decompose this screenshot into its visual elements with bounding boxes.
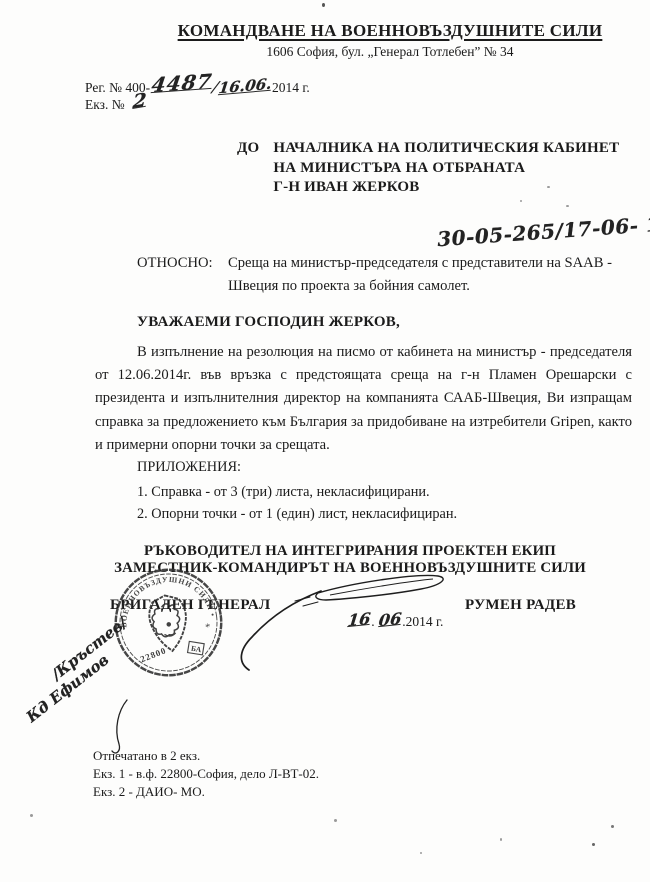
copy-number-handwritten: 2: [132, 94, 147, 109]
addressee-block: ДО НАЧАЛНИКА НА ПОЛИТИЧЕСКИЯ КАБИНЕТ НА …: [237, 139, 619, 198]
header-address: 1606 София, бул. „Генерал Тотлебен” № 34: [80, 44, 650, 60]
copy-prefix: Екз. №: [85, 97, 125, 112]
page-title: КОМАНДВАНЕ НА ВОЕННОВЪЗДУШНИТЕ СИЛИ: [80, 21, 650, 41]
date-month-handwritten: 06: [378, 613, 402, 627]
handwritten-reference-number: 30-05-265/17-06- 14: [436, 211, 650, 252]
scan-speckle: [520, 200, 522, 202]
signature-flourish: [316, 575, 443, 600]
addressee-line: НА МИНИСТЪРА НА ОТБРАНАТА: [273, 159, 619, 179]
scan-speckle: [592, 843, 595, 846]
scanned-letter-page: КОМАНДВАНЕ НА ВОЕННОВЪЗДУШНИТЕ СИЛИ 1606…: [0, 0, 650, 882]
date-year: .2014 г.: [402, 614, 443, 629]
attachment-item: 2. Опорни точки - от 1 (един) лист, некл…: [137, 506, 457, 523]
salutation: УВАЖАЕМИ ГОСПОДИН ЖЕРКОВ,: [137, 314, 400, 331]
scan-speckle: [547, 186, 550, 188]
scan-speckle: [322, 3, 325, 7]
date-day-handwritten: 16: [347, 613, 371, 627]
signer-name: РУМЕН РАДЕВ: [465, 597, 576, 614]
handwritten-note-tail: [112, 700, 127, 753]
attachments-label: ПРИЛОЖЕНИЯ:: [137, 459, 241, 476]
attachment-item: 1. Справка - от 3 (три) листа, некласифи…: [137, 484, 430, 501]
subject-block: ОТНОСНО: Среща на министър-председателя …: [137, 252, 634, 298]
reg-date-handwritten: 16.06.: [218, 79, 272, 96]
subject-label: ОТНОСНО:: [137, 252, 228, 298]
signer-title-line1: РЪКОВОДИТЕЛ НА ИНТЕГРИРАНИЯ ПРОЕКТЕН ЕКИ…: [60, 543, 640, 560]
distribution-footer: Отпечатано в 2 екз. Екз. 1 - в.ф. 22800-…: [93, 747, 319, 800]
date-dot: .: [371, 614, 378, 629]
signature-date-line: 16. 06.2014 г.: [347, 614, 443, 630]
footer-line: Екз. 1 - в.ф. 22800-София, дело Л-ВТ-02.: [93, 765, 319, 783]
scan-speckle: [500, 838, 502, 841]
addressee-line: Г-Н ИВАН ЖЕРКОВ: [273, 178, 619, 198]
stamp-code-text: БА: [190, 644, 202, 655]
subject-text: Среща на министър-председателя с предста…: [228, 252, 634, 298]
signature-hatches: [295, 597, 318, 606]
addressee-line: НАЧАЛНИКА НА ПОЛИТИЧЕСКИЯ КАБИНЕТ: [273, 139, 619, 159]
scan-speckle: [566, 205, 569, 207]
reg-number-handwritten: 4487: [151, 75, 213, 93]
footer-line: Отпечатано в 2 екз.: [93, 747, 319, 765]
scan-speckle: [30, 814, 33, 817]
stamp-star: *: [205, 622, 212, 634]
scan-speckle: [420, 852, 422, 854]
addressee-lines: НАЧАЛНИКА НА ПОЛИТИЧЕСКИЯ КАБИНЕТ НА МИН…: [273, 139, 619, 198]
reg-number-line: Рег. № 400-4487/16.06.2014 г.: [85, 78, 310, 96]
footer-line: Екз. 2 - ДАИО- МО.: [93, 783, 319, 801]
stamp-unit-number: 22800: [139, 645, 168, 664]
copy-number-line: Екз. №2: [85, 97, 146, 113]
stamp-emblem-dot: [166, 622, 171, 627]
scan-speckle: [611, 825, 614, 828]
addressee-to-label: ДО: [237, 139, 259, 198]
reg-year: 2014 г.: [272, 80, 310, 95]
scan-speckle: [334, 819, 337, 822]
body-paragraph: В изпълнение на резолюция на писмо от ка…: [95, 341, 632, 457]
signature-flourish-inner: [330, 579, 433, 595]
